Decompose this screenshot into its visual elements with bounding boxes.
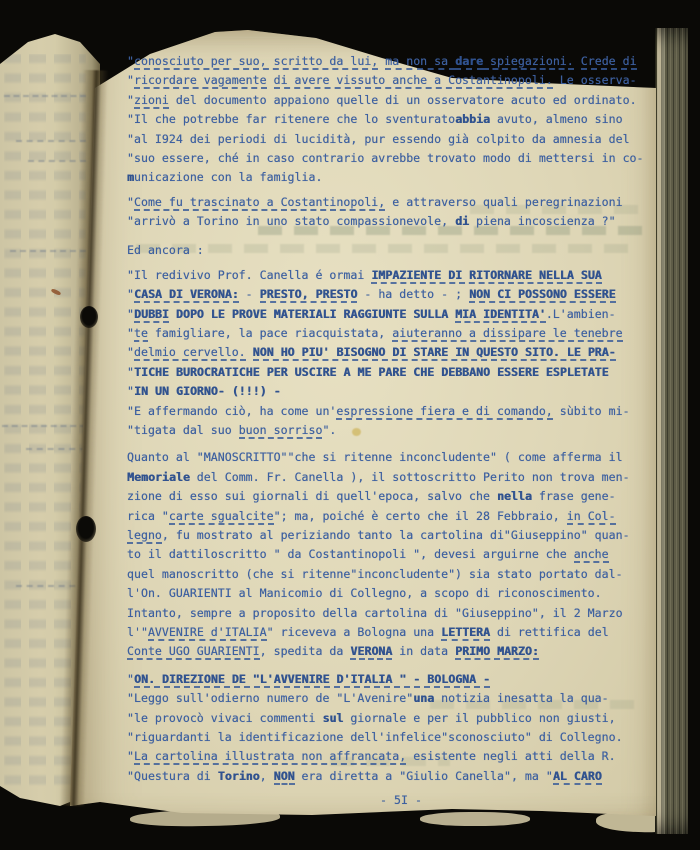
typewritten-line: Memoriale del Comm. Fr. Canella ), il so…: [127, 468, 657, 487]
typewritten-line: "E affermando ciò, ha come un'espression…: [127, 402, 657, 421]
typewritten-line: Conte UGO GUARIENTI, spedita da VERONA i…: [127, 642, 657, 661]
typewritten-line: l'"AVVENIRE d'ITALIA" riceveva a Bologna…: [127, 623, 657, 642]
typewritten-line: "TICHE BUROCRATICHE PER USCIRE A ME PARE…: [127, 363, 657, 382]
typewritten-line: "Come fu trascinato a Costantinopoli, e …: [127, 193, 657, 212]
typewritten-line: "le provocò vivaci commenti sul giornale…: [127, 709, 657, 728]
scanned-book-photo: "conosciuto per suo, scritto da lui, ma …: [0, 0, 700, 850]
typewritten-line: Ed ancora :: [127, 241, 657, 260]
typewritten-line: "Questura di Torino, NON era diretta a "…: [127, 767, 657, 786]
typewritten-line: Quanto al "MANOSCRITTO""che si ritenne i…: [127, 448, 657, 467]
typewritten-line: "La cartolina illustrata non affrancata,…: [127, 747, 657, 766]
typewritten-line: legno, fu mostrato al periziando tanto l…: [127, 526, 657, 545]
page-edge-stack: [655, 28, 688, 834]
typewritten-line: "zioni del documento appaiono quelle di …: [127, 91, 657, 110]
typewritten-line: "Il che potrebbe far ritenere che lo sve…: [127, 110, 657, 129]
typewritten-line: "ON. DIREZIONE DE "L'AVVENIRE D'ITALIA "…: [127, 670, 657, 689]
typewritten-line: to il dattiloscritto " da Costantinopoli…: [127, 545, 657, 564]
page-sliver: [420, 812, 530, 826]
typewritten-line: "ricordare vagamente di avere vissuto an…: [127, 71, 657, 90]
ghost-bleed-row: [16, 140, 86, 142]
typewritten-text: "conosciuto per suo, scritto da lui, ma …: [127, 50, 657, 810]
typewritten-line: "conosciuto per suo, scritto da lui, ma …: [127, 52, 657, 71]
binding-hole-bottom: [76, 516, 96, 542]
typewritten-line: municazione con la famiglia.: [127, 168, 657, 187]
ghost-bleed-row: [10, 250, 86, 252]
typewritten-line: "CASA DI VERONA: - PRESTO, PRESTO - ha d…: [127, 285, 657, 304]
typewritten-line: "te famigliare, la pace riacquistata, ai…: [127, 324, 657, 343]
typewritten-line: quel manoscritto (che si ritenne"inconcl…: [127, 565, 657, 584]
typewritten-line: rica "carte sgualcite"; ma, poiché è cer…: [127, 507, 657, 526]
typewritten-line: "IN UN GIORNO- (!!!) -: [127, 382, 657, 401]
ghost-bleed-row: [28, 160, 86, 162]
binding-hole-top: [80, 306, 98, 328]
typewritten-line: "Il redivivo Prof. Canella é ormai IMPAZ…: [127, 266, 657, 285]
page-number: - 5I -: [136, 791, 666, 810]
typewritten-line: "suo essere, ché in caso contrario avreb…: [127, 149, 657, 168]
typewritten-line: zione di esso sui giornali di quell'epoc…: [127, 487, 657, 506]
typewritten-line: "al I924 dei periodi di lucidità, pur es…: [127, 130, 657, 149]
typewritten-line: Intanto, sempre a proposito della cartol…: [127, 604, 657, 623]
typewritten-line: "tigata dal suo buon sorriso".: [127, 421, 657, 440]
typewritten-line: l'On. GUARIENTI al Manicomio di Collegno…: [127, 584, 657, 603]
typewritten-line: "DUBBI DOPO LE PROVE MATERIALI RAGGIUNTE…: [127, 305, 657, 324]
typewritten-line: "Leggo sull'odierno numero de "L'Avenire…: [127, 689, 657, 708]
ghost-bleed-row: [4, 95, 86, 97]
typewritten-line: "arrivò a Torino in uno stato compassion…: [127, 212, 657, 231]
typewritten-line: "delmio cervello. NON HO PIU' BISOGNO DI…: [127, 343, 657, 362]
typewritten-line: "riguardanti la identificazione dell'inf…: [127, 728, 657, 747]
